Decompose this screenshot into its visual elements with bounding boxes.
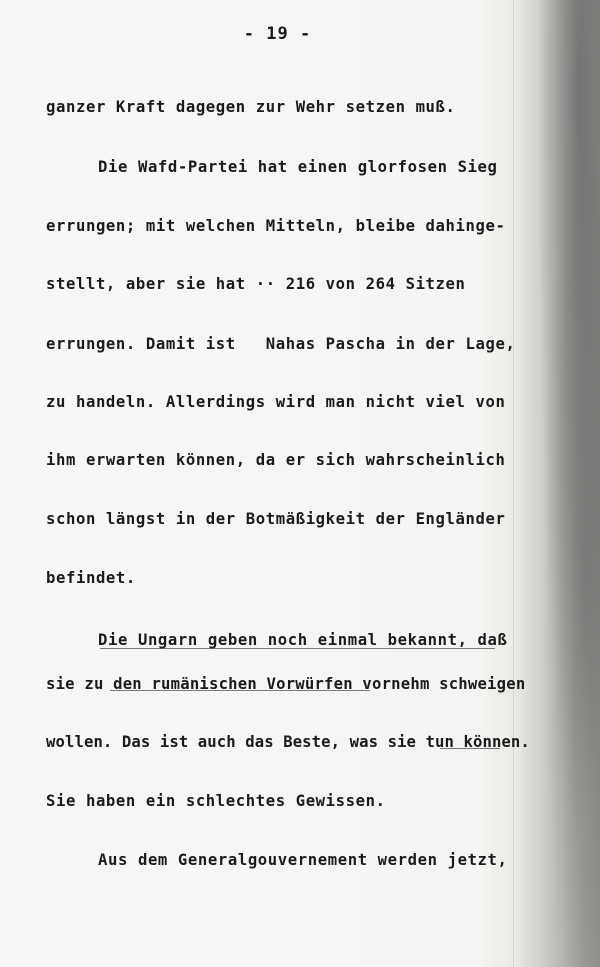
text-line-10: Die Ungarn geben noch einmal bekannt, da… — [98, 631, 508, 649]
page-number: - 19 - — [0, 24, 555, 44]
text-line-5: errungen. Damit ist Nahas Pascha in der … — [46, 335, 515, 353]
text-line-4: stellt, aber sie hat ·· 216 von 264 Sitz… — [46, 275, 466, 293]
strikethrough-mark — [100, 648, 495, 649]
text-line-3: errungen; mit welchen Mitteln, bleibe da… — [46, 217, 505, 235]
scanned-page: - 19 - ganzer Kraft dagegen zur Wehr set… — [0, 0, 600, 967]
strikethrough-mark — [110, 690, 370, 691]
text-line-14: Aus dem Generalgouvernement werden jetzt… — [98, 851, 508, 869]
fold-line — [513, 0, 514, 967]
strikethrough-mark — [440, 748, 500, 749]
text-line-7: ihm erwarten können, da er sich wahrsche… — [46, 451, 505, 469]
text-line-2: Die Wafd-Partei hat einen glorfosen Sieg — [98, 158, 498, 176]
text-line-13: Sie haben ein schlechtes Gewissen. — [46, 792, 386, 810]
text-line-6: zu handeln. Allerdings wird man nicht vi… — [46, 393, 505, 411]
text-line-8: schon längst in der Botmäßigkeit der Eng… — [46, 510, 505, 528]
text-line-1: ganzer Kraft dagegen zur Wehr setzen muß… — [46, 98, 456, 116]
text-line-9: befindet. — [46, 569, 136, 587]
page-edge-shadow — [530, 0, 600, 967]
